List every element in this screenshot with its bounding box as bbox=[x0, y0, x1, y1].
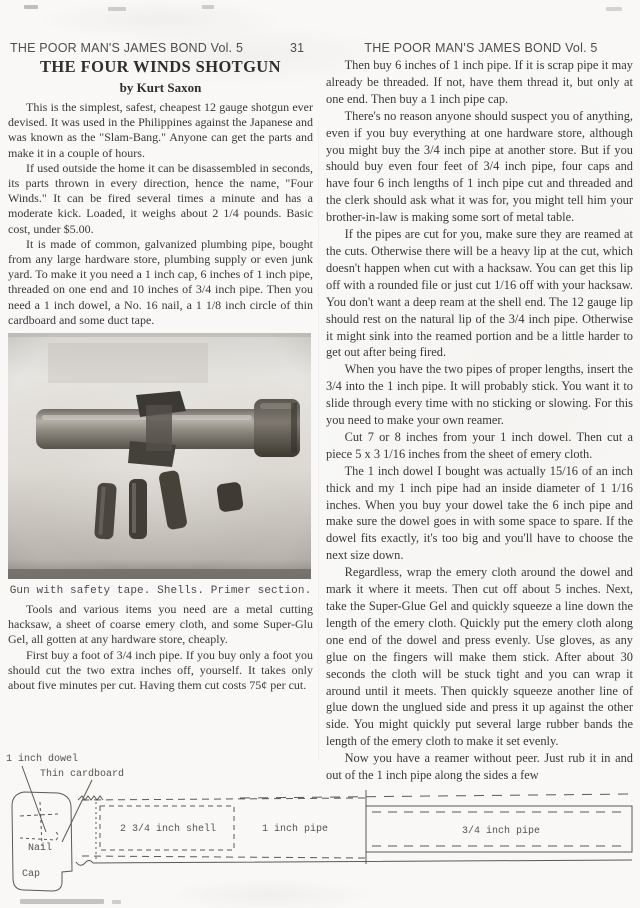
scanned-page: THE POOR MAN'S JAMES BOND Vol. 5 31 THE … bbox=[0, 0, 640, 908]
cap-label: Cap bbox=[22, 869, 40, 880]
primer-section bbox=[216, 482, 244, 513]
photo-bottom-edge bbox=[8, 569, 311, 579]
scan-speck bbox=[202, 5, 214, 9]
cap-inner-dash bbox=[20, 814, 58, 816]
gun-photo bbox=[8, 333, 311, 579]
page-number: 31 bbox=[290, 41, 304, 55]
shell-label: 2 3/4 inch shell bbox=[120, 823, 216, 835]
cardboard-leader-line bbox=[62, 780, 92, 842]
left-column: THE FOUR WINDS SHOTGUN by Kurt Saxon Thi… bbox=[8, 57, 313, 693]
article-byline: by Kurt Saxon bbox=[8, 79, 313, 97]
cardboard-label: Thin cardboard bbox=[40, 768, 124, 780]
cap-inner-dash bbox=[20, 832, 58, 840]
nail-label: Nail bbox=[28, 842, 52, 854]
pipe1-label: 1 inch pipe bbox=[262, 823, 328, 835]
running-head-right: THE POOR MAN'S JAMES BOND Vol. 5 bbox=[330, 41, 632, 55]
paragraph: If used outside the home it can be disas… bbox=[8, 161, 313, 237]
paragraph: This is the simplest, safest, cheapest 1… bbox=[8, 100, 313, 161]
paragraph: Regardless, wrap the emery cloth around … bbox=[326, 564, 633, 750]
pipe1-bottom-wall bbox=[82, 856, 366, 858]
photo-caption: Gun with safety tape. Shells. Primer sec… bbox=[8, 584, 313, 598]
paragraph: First buy a foot of 3/4 inch pipe. If yo… bbox=[8, 648, 313, 694]
gun-photo-illustration bbox=[8, 333, 311, 579]
right-column: Then buy 6 inches of 1 inch pipe. If it … bbox=[326, 57, 633, 784]
assembly-diagram-drawing: 1 inch dowel Thin cardboard Nail Cap 2 3… bbox=[0, 750, 640, 906]
paragraph: Cut 7 or 8 inches from your 1 inch dowel… bbox=[326, 429, 633, 463]
scan-speck bbox=[108, 7, 126, 11]
photo-smudge bbox=[48, 343, 208, 383]
paragraph: The 1 inch dowel I bought was actually 1… bbox=[326, 463, 633, 564]
bottom-guide-line bbox=[76, 860, 632, 865]
paragraph: Tools and various items you need are a m… bbox=[8, 602, 313, 648]
dowel-label: 1 inch dowel bbox=[6, 753, 78, 765]
column-crease bbox=[318, 120, 319, 760]
assembly-diagram: 1 inch dowel Thin cardboard Nail Cap 2 3… bbox=[0, 750, 640, 906]
paragraph: When you have the two pipes of proper le… bbox=[326, 361, 633, 429]
paragraph: It is made of common, galvanized plumbin… bbox=[8, 237, 313, 328]
pipe34-label: 3/4 inch pipe bbox=[462, 825, 540, 837]
scan-speck bbox=[24, 5, 38, 9]
cap-outline bbox=[12, 792, 72, 891]
running-head-left: THE POOR MAN'S JAMES BOND Vol. 5 bbox=[10, 41, 243, 55]
pipe1-top-wall bbox=[82, 798, 366, 800]
paragraph: There's no reason anyone should suspect … bbox=[326, 108, 633, 226]
article-title: THE FOUR WINDS SHOTGUN bbox=[8, 57, 313, 77]
upper-guide-line bbox=[240, 794, 632, 798]
paragraph: If the pipes are cut for you, make sure … bbox=[326, 226, 633, 361]
paragraph: Then buy 6 inches of 1 inch pipe. If it … bbox=[326, 57, 633, 108]
scan-speck bbox=[606, 7, 622, 11]
